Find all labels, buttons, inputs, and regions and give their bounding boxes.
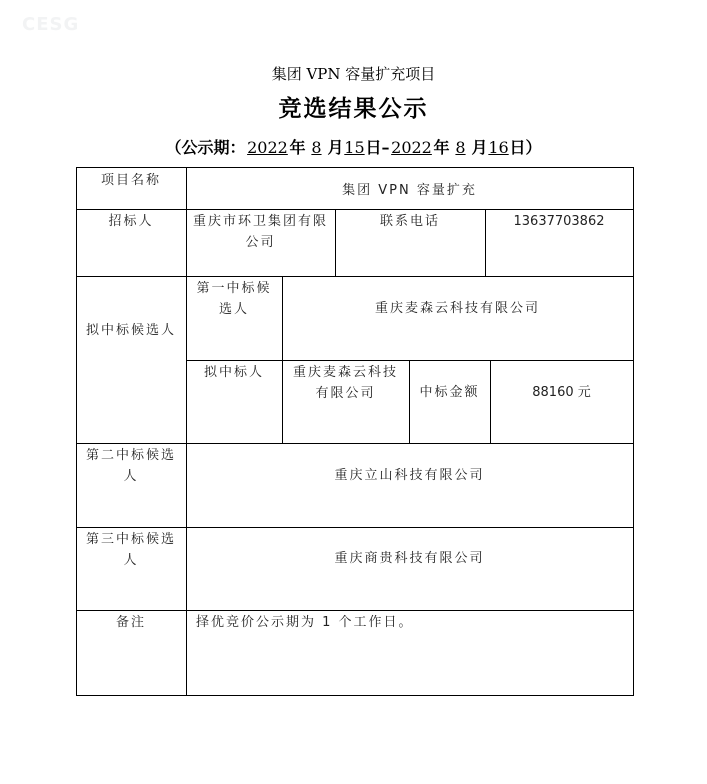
table-border [76, 209, 634, 210]
proposed-winner-label: 拟中标人 [186, 362, 282, 383]
tenderer-value: 重庆市环卫集团有限公司 [186, 211, 335, 253]
remarks-label: 备注 [76, 612, 186, 633]
table-border [76, 527, 634, 528]
result-table: 项目名称 集团 VPN 容量扩充 招标人 重庆市环卫集团有限公司 联系电话 13… [0, 0, 707, 784]
bid-amount-label: 中标金额 [409, 382, 490, 403]
proposed-candidates-label: 拟中标候选人 [76, 320, 186, 341]
project-name-value: 集团 VPN 容量扩充 [186, 180, 633, 201]
table-border [76, 610, 634, 611]
second-candidate-label: 第二中标候选人 [76, 445, 186, 487]
tenderer-label: 招标人 [76, 211, 186, 232]
project-name-label: 项目名称 [76, 170, 186, 191]
phone-label: 联系电话 [335, 211, 485, 232]
table-border [76, 167, 634, 168]
second-candidate-value: 重庆立山科技有限公司 [186, 465, 633, 486]
third-candidate-value: 重庆商贵科技有限公司 [186, 548, 633, 569]
table-border [76, 276, 634, 277]
third-candidate-label: 第三中标候选人 [76, 529, 186, 571]
proposed-winner-value: 重庆麦森云科技有限公司 [282, 362, 409, 404]
table-border [633, 167, 634, 696]
first-candidate-label: 第一中标候选人 [186, 278, 282, 320]
table-border [186, 360, 634, 361]
phone-value: 13637703862 [485, 211, 633, 232]
bid-amount-value: 88160 元 [490, 382, 633, 403]
remarks-value: 择优竞价公示期为 1 个工作日。 [186, 612, 633, 633]
first-candidate-value: 重庆麦森云科技有限公司 [282, 298, 633, 319]
table-border [76, 443, 634, 444]
table-border [76, 695, 634, 696]
